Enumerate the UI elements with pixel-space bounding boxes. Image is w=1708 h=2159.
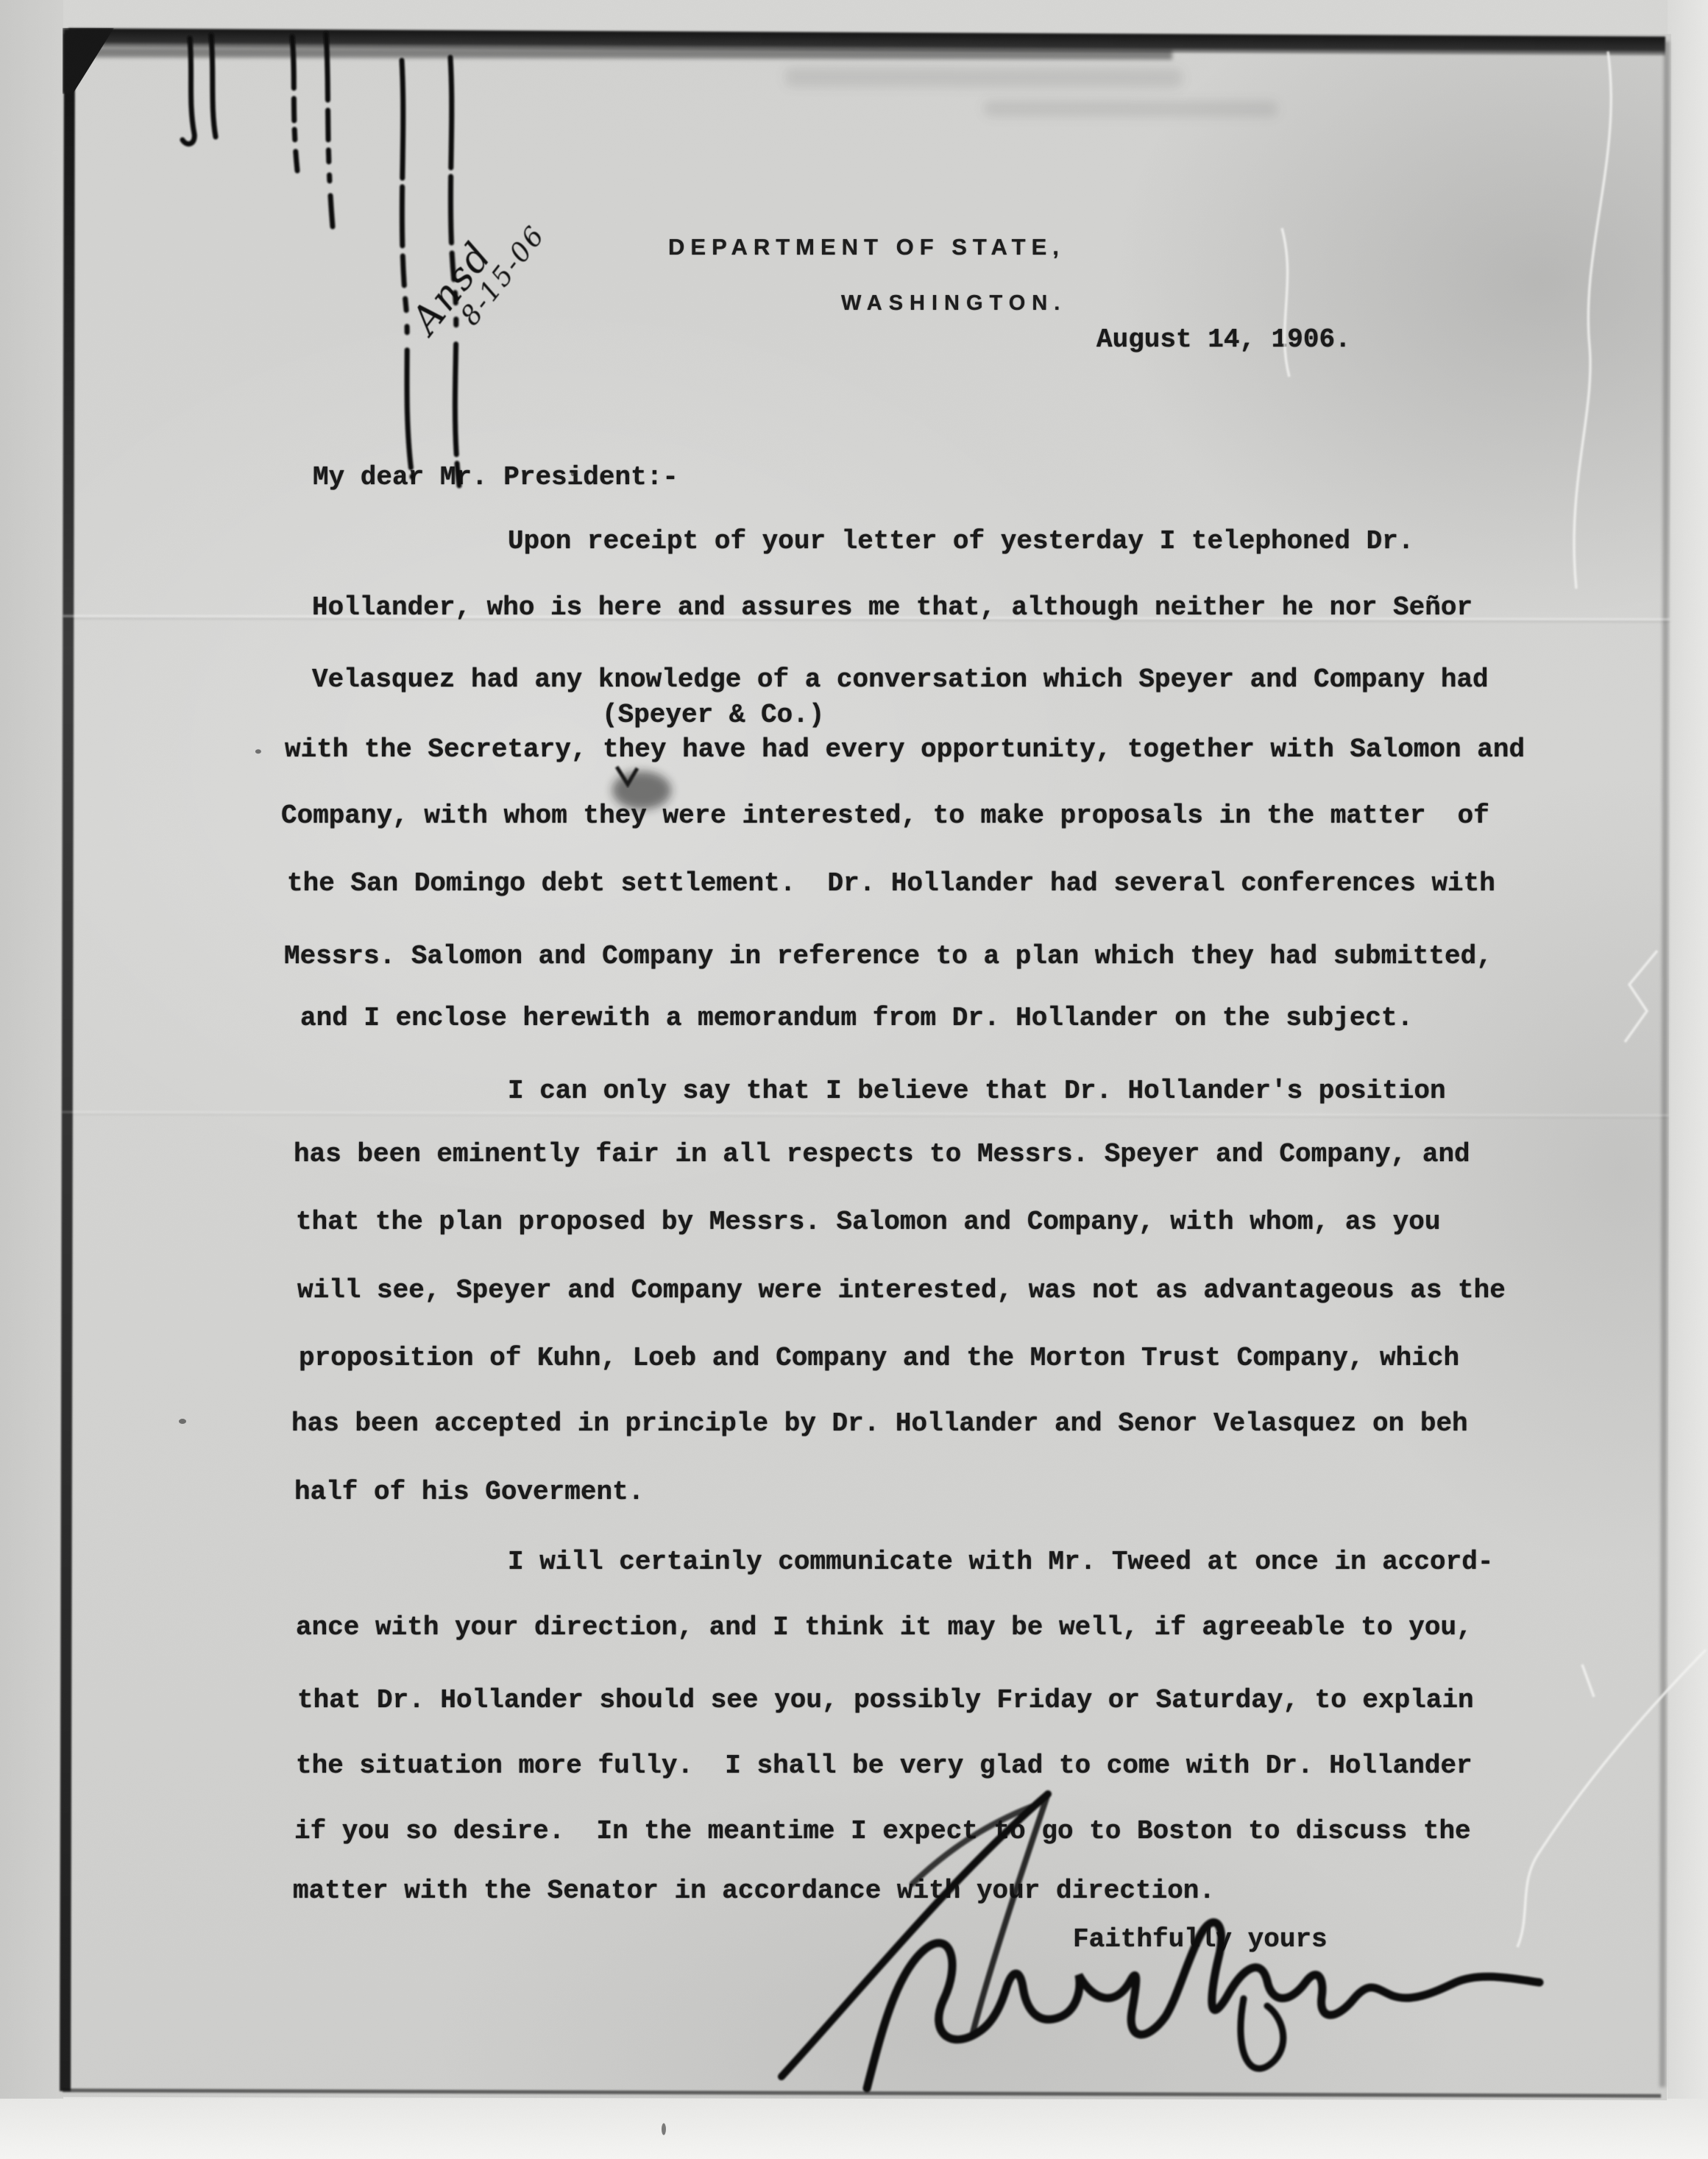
scanned-letter-photo: DEPARTMENT OF STATE, WASHINGTON. August … (0, 0, 1708, 2159)
paper-grain-texture (62, 32, 1669, 2099)
ink-and-scratch-overlay (0, 0, 1708, 2159)
